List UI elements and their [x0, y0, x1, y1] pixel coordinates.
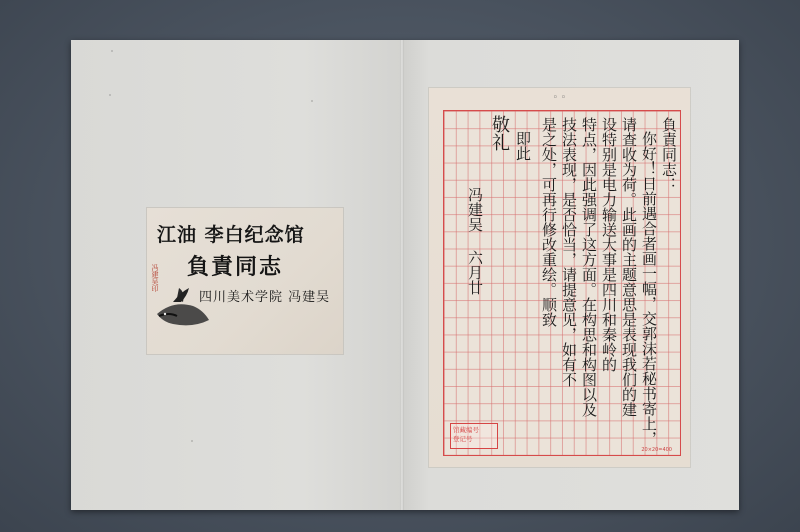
grid-footer: 20×20=400	[641, 447, 672, 453]
card-salutation-line: 負責同志	[187, 250, 283, 281]
card-sender-line: 四川美术学院 冯建吴	[199, 286, 330, 305]
album-left-page: 江油 李白纪念馆 負責同志 四川美术学院 冯建吴 冯建吴印	[71, 40, 402, 510]
sheet-header-mark: ◦ ◦	[429, 88, 690, 108]
letter-column: 即此	[514, 131, 532, 161]
letter-column: 特点，因此强调了这方面。在构思和构图以及	[580, 117, 598, 417]
paper-speck	[311, 100, 313, 102]
mounted-card: 江油 李白纪念馆 負責同志 四川美术学院 冯建吴 冯建吴印	[147, 208, 343, 354]
fish-painting-icon	[153, 278, 213, 338]
card-addressee-line: 江油 李白纪念馆	[157, 220, 305, 247]
paper-speck	[191, 440, 193, 442]
letter-column: 是之处，可再行修改重绘。顺致	[540, 117, 558, 327]
album-center-fold	[400, 40, 404, 510]
letter-column: 你好！日前遇合者画一幅，交郭沫若秘书寄上，	[640, 131, 658, 446]
letter-column: 負責同志：	[660, 117, 678, 192]
letter-column: 设特别是电力输送大事是四川和秦岭的	[600, 117, 618, 372]
manuscript-grid: 負責同志： 你好！日前遇合者画一幅，交郭沫若秘书寄上， 请查收为荷。此画的主题意…	[443, 110, 681, 456]
stamp-line: 登记号	[453, 435, 495, 444]
letter-column: 技法表现，是否恰当，请提意见，如有不	[560, 117, 578, 387]
letter-closing: 敬礼	[490, 115, 508, 151]
stamp-line: 馆藏编号	[453, 426, 495, 435]
manuscript-sheet: ◦ ◦ 負責同志： 你好！日前遇合者画一幅，交郭沫若秘书寄上， 请查收为荷。此画…	[429, 88, 690, 467]
album: 江油 李白纪念馆 負責同志 四川美术学院 冯建吴 冯建吴印 ◦ ◦ 負責同志： …	[71, 40, 739, 510]
collection-stamp: 馆藏编号 登记号	[450, 423, 498, 449]
paper-speck	[109, 94, 111, 96]
letter-signature: 冯建吴 六月廿	[466, 187, 484, 295]
paper-speck	[111, 50, 113, 52]
letter-column: 请查收为荷。此画的主题意思是表现我们的建	[620, 117, 638, 417]
